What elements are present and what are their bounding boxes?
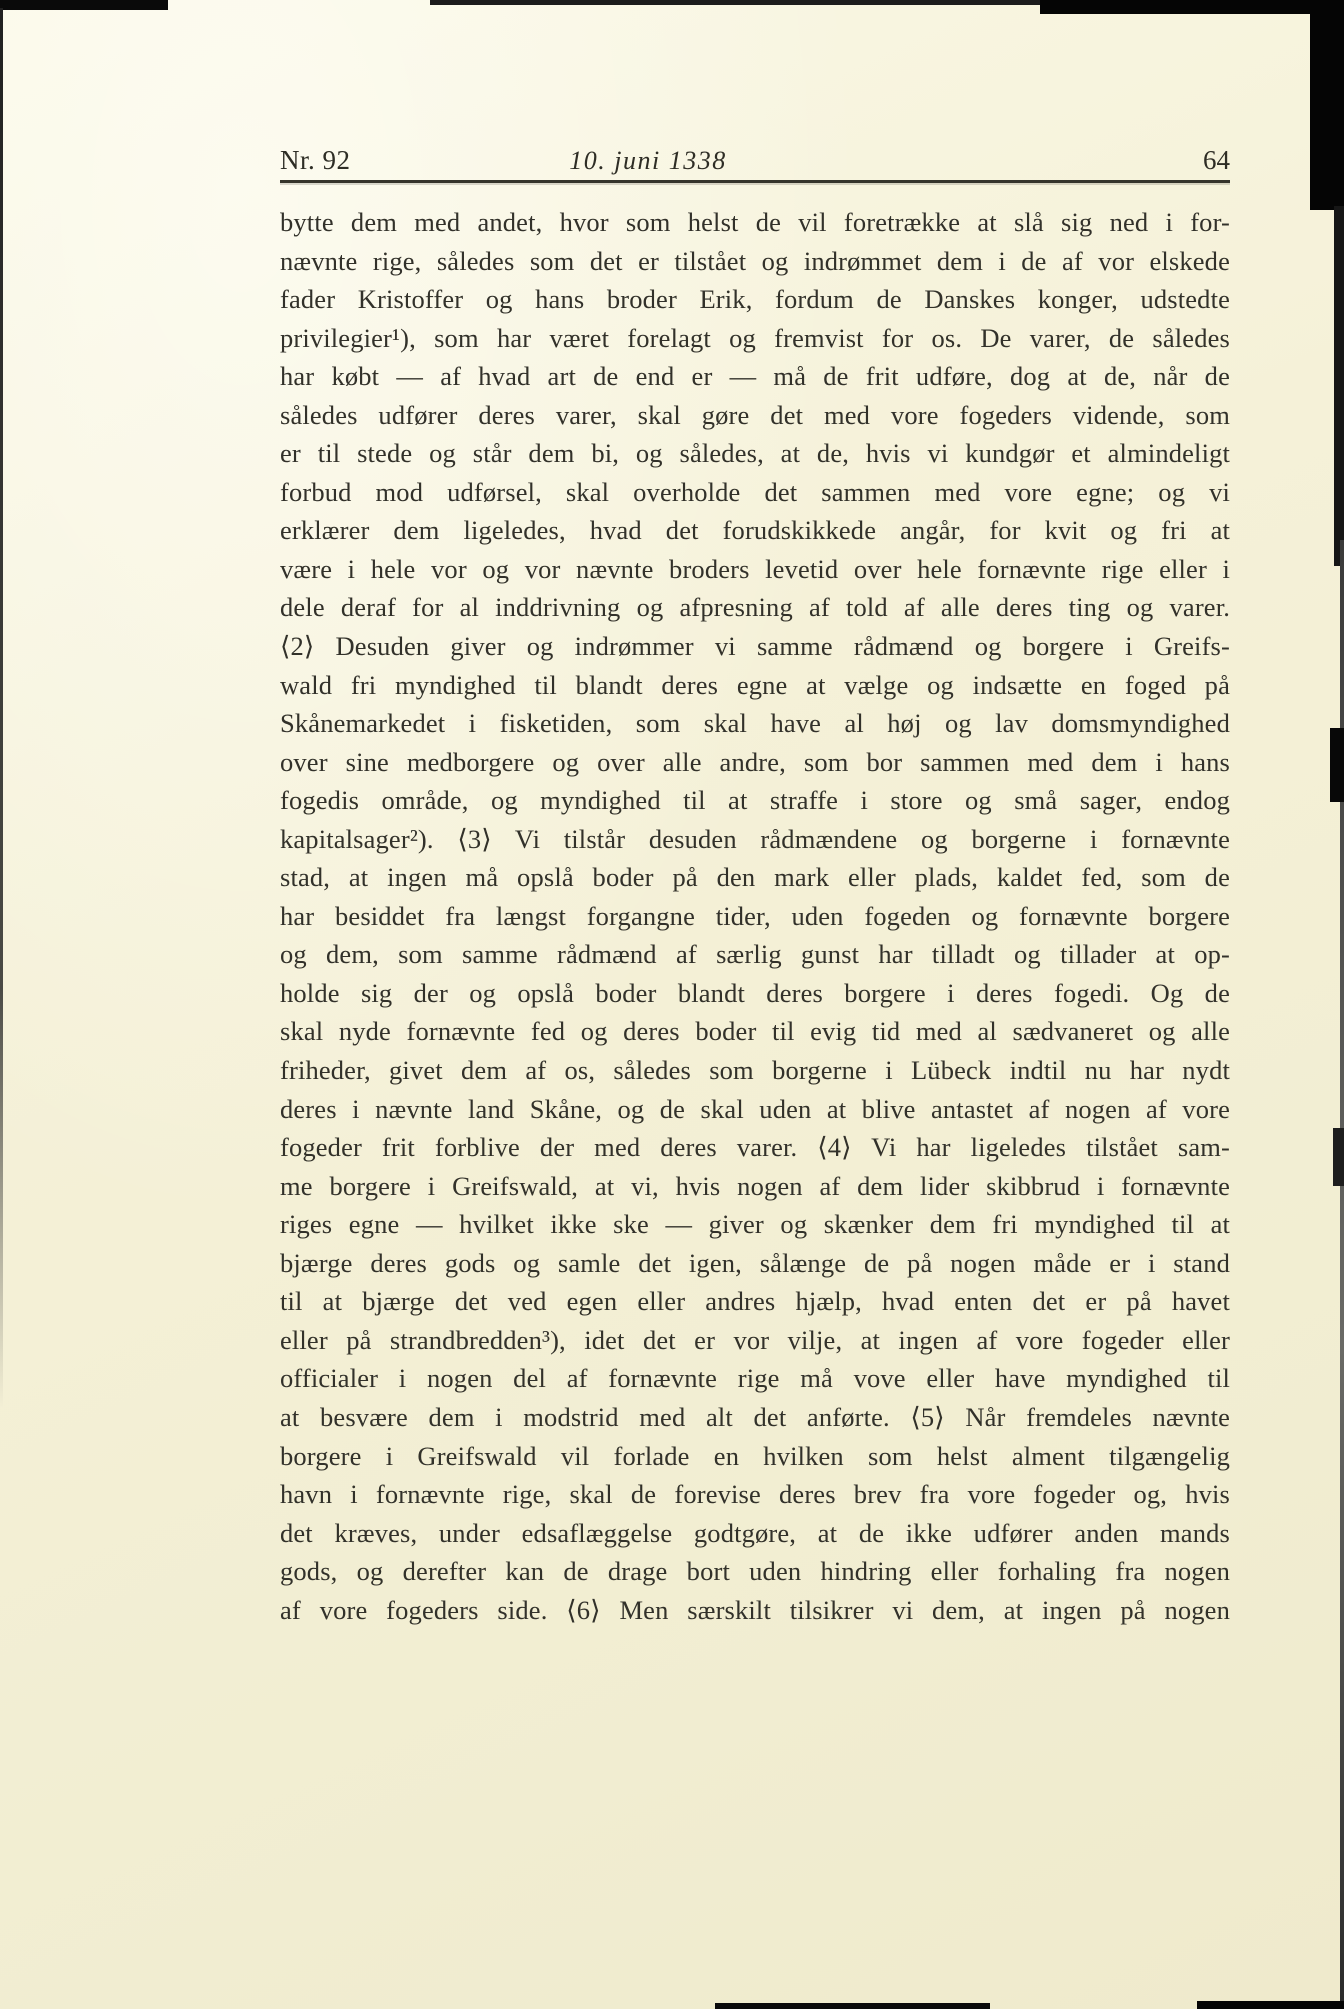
text-line: friheder, givet dem af os, således som b…: [280, 1051, 1230, 1090]
text-line: være i hele vor og vor nævnte broders le…: [280, 550, 1230, 589]
text-line: forbud mod udførsel, skal overholde det …: [280, 473, 1230, 512]
text-line: har besiddet fra længst forgangne tider,…: [280, 897, 1230, 936]
scan-artifact-right-chunk-1: [1330, 728, 1344, 802]
text-line: skal nyde fornævnte fed og deres boder t…: [280, 1012, 1230, 1051]
text-line: deres i nævnte land Skåne, og de skal ud…: [280, 1090, 1230, 1129]
text-line: stad, at ingen må opslå boder på den mar…: [280, 858, 1230, 897]
scan-artifact-right-line: [1340, 540, 1344, 2009]
scan-artifact-right-chunk-2: [1333, 1128, 1344, 1186]
text-line: fader Kristoffer og hans broder Erik, fo…: [280, 280, 1230, 319]
text-line: Skånemarkedet i fisketiden, som skal hav…: [280, 704, 1230, 743]
text-line: eller på strandbredden³), idet det er vo…: [280, 1321, 1230, 1360]
text-line: erklærer dem ligeledes, hvad det forudsk…: [280, 511, 1230, 550]
text-line: således udfører deres varer, skal gøre d…: [280, 396, 1230, 435]
header-rule: [280, 180, 1230, 183]
text-line: er til stede og står dem bi, og således,…: [280, 434, 1230, 473]
text-line: at besvære dem i modstrid med alt det an…: [280, 1398, 1230, 1437]
document-body-text: bytte dem med andet, hvor som helst de v…: [280, 203, 1230, 1629]
text-line: fogeder frit forblive der med deres vare…: [280, 1128, 1230, 1167]
document-number: Nr. 92: [280, 145, 351, 176]
running-head: Nr. 92 10. juni 1338 64: [280, 140, 1230, 178]
text-line: til at bjærge det ved egen eller andres …: [280, 1282, 1230, 1321]
scan-artifact-top-bar-left: [0, 0, 168, 10]
text-line: nævnte rige, således som det er tilstået…: [280, 242, 1230, 281]
text-line: det kræves, under edsaflæggelse godtgøre…: [280, 1514, 1230, 1553]
scan-artifact-top-bar-right: [1040, 0, 1344, 14]
text-line: bjærge deres gods og samle det igen, sål…: [280, 1244, 1230, 1283]
text-line: over sine medborgere og over alle andre,…: [280, 743, 1230, 782]
text-line: havn i fornævnte rige, skal de forevise …: [280, 1475, 1230, 1514]
text-line: me borgere i Greifswald, at vi, hvis nog…: [280, 1167, 1230, 1206]
scan-artifact-right-bar-mid: [1334, 206, 1344, 566]
text-line: ⟨2⟩ Desuden giver og indrømmer vi samme …: [280, 627, 1230, 666]
text-line: riges egne — hvilket ikke ske — giver og…: [280, 1205, 1230, 1244]
document-date: 10. juni 1338: [569, 146, 726, 176]
scan-artifact-right-bar-top: [1310, 0, 1344, 210]
text-line: wald fri myndighed til blandt deres egne…: [280, 666, 1230, 705]
scan-artifact-top-line-mid: [430, 0, 1050, 5]
text-line: kapitalsager²). ⟨3⟩ Vi tilstår desuden r…: [280, 820, 1230, 859]
text-line: privilegier¹), som har været forelagt og…: [280, 319, 1230, 358]
text-line: af vore fogeders side. ⟨6⟩ Men særskilt …: [280, 1591, 1230, 1630]
scanned-page: Nr. 92 10. juni 1338 64 bytte dem med an…: [0, 0, 1344, 2009]
text-line: officialer i nogen del af fornævnte rige…: [280, 1359, 1230, 1398]
text-line: holde sig der og opslå boder blandt dere…: [280, 974, 1230, 1013]
scan-artifact-bottom-bar-mid: [715, 2003, 990, 2009]
text-line: borgere i Greifswald vil forlade en hvil…: [280, 1437, 1230, 1476]
text-line: dele deraf for al inddrivning og afpresn…: [280, 588, 1230, 627]
text-line: og dem, som samme rådmænd af særlig guns…: [280, 935, 1230, 974]
scan-artifact-left-line: [0, 8, 3, 1408]
text-line: gods, og derefter kan de drage bort uden…: [280, 1552, 1230, 1591]
text-line: bytte dem med andet, hvor som helst de v…: [280, 203, 1230, 242]
text-line: fogedis område, og myndighed til at stra…: [280, 781, 1230, 820]
page-number: 64: [1203, 145, 1230, 176]
scan-artifact-bottom-bar-right: [1197, 2001, 1344, 2009]
text-line: har købt — af hvad art de end er — må de…: [280, 357, 1230, 396]
